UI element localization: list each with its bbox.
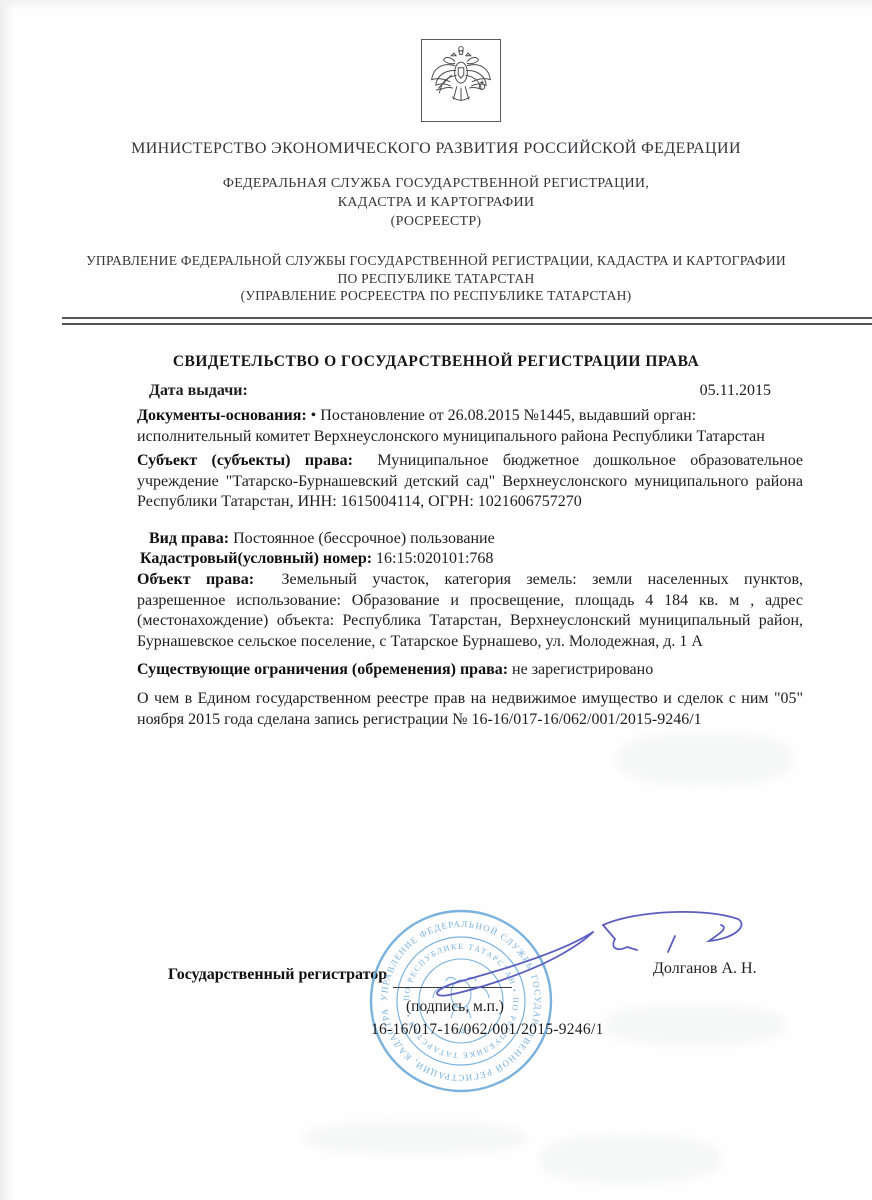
- basis-label: Документы-основания:: [137, 407, 307, 424]
- registrar-flourish-signature: [593, 903, 758, 961]
- scan-bleed-artifact: [605, 1005, 785, 1045]
- cadastral-number-row: Кадастровый(условный) номер: 16:15:02010…: [137, 549, 806, 570]
- issue-date-label: Дата выдачи:: [137, 381, 248, 402]
- service-line-1: ФЕДЕРАЛЬНАЯ СЛУЖБА ГОСУДАРСТВЕННОЙ РЕГИС…: [40, 174, 832, 193]
- issue-date-value: 05.11.2015: [700, 381, 771, 402]
- object-label: Объект права:: [137, 571, 254, 588]
- ministry-heading: МИНИСТЕРСТВО ЭКОНОМИЧЕСКОГО РАЗВИТИЯ РОС…: [40, 140, 832, 158]
- office-line-1: УПРАВЛЕНИЕ ФЕДЕРАЛЬНОЙ СЛУЖБЫ ГОСУДАРСТВ…: [40, 252, 832, 270]
- registration-number: 16-16/017-16/062/001/2015-9246/1: [371, 1021, 604, 1039]
- scan-bleed-artifact: [618, 733, 793, 785]
- scan-edge-shadow: [0, 0, 14, 1200]
- office-line-3: (УПРАВЛЕНИЕ РОСРЕЕСТРА ПО РЕСПУБЛИКЕ ТАТ…: [40, 287, 832, 305]
- right-type-row: Вид права: Постоянное (бессрочное) польз…: [137, 529, 803, 550]
- cadastral-label: Кадастровый(условный) номер:: [140, 550, 372, 567]
- scan-bleed-artifact: [305, 1122, 525, 1154]
- restrictions-label: Существующие ограничения (обременения) п…: [137, 661, 508, 678]
- double-headed-eagle-icon: [426, 44, 496, 118]
- certificate-page: МИНИСТЕРСТВО ЭКОНОМИЧЕСКОГО РАЗВИТИЯ РОС…: [0, 0, 872, 1200]
- signature-caption: (подпись, м.п.): [396, 998, 514, 1016]
- cadastral-value: 16:15:020101:768: [376, 550, 493, 567]
- subject-label: Субъект (субъекты) права:: [137, 452, 353, 469]
- right-type-label: Вид права:: [149, 530, 229, 547]
- regional-office-heading: УПРАВЛЕНИЕ ФЕДЕРАЛЬНОЙ СЛУЖБЫ ГОСУДАРСТВ…: [40, 252, 832, 305]
- registration-record-paragraph: О чем в Едином государственном реестре п…: [137, 689, 803, 730]
- restrictions-value: не зарегистрировано: [512, 661, 653, 678]
- basis-paragraph: Документы-основания: • Постановление от …: [137, 406, 803, 447]
- object-paragraph: Объект права: Земельный участок, категор…: [137, 570, 803, 652]
- registrar-label: Государственный регистратор: [168, 966, 387, 984]
- service-line-3: (РОСРЕЕСТР): [40, 212, 832, 231]
- registrar-signature-stroke: [410, 920, 620, 1005]
- restrictions-row: Существующие ограничения (обременения) п…: [137, 660, 803, 681]
- scan-edge-shadow-top: [0, 0, 872, 10]
- service-line-2: КАДАСТРА И КАРТОГРАФИИ: [40, 193, 832, 212]
- certificate-title: СВИДЕТЕЛЬСТВО О ГОСУДАРСТВЕННОЙ РЕГИСТРА…: [60, 353, 812, 371]
- double-rule-separator: [62, 317, 872, 329]
- federal-service-heading: ФЕДЕРАЛЬНАЯ СЛУЖБА ГОСУДАРСТВЕННОЙ РЕГИС…: [40, 174, 832, 231]
- subject-paragraph: Субъект (субъекты) права: Муниципальное …: [137, 451, 803, 513]
- issue-date-row: Дата выдачи: 05.11.2015: [137, 381, 803, 402]
- registrar-name: Долганов А. Н.: [653, 960, 757, 978]
- coat-of-arms-box: [421, 39, 501, 122]
- right-type-value: Постоянное (бессрочное) пользование: [233, 530, 495, 547]
- office-line-2: ПО РЕСПУБЛИКЕ ТАТАРСТАН: [40, 270, 832, 288]
- scan-bleed-artifact: [540, 1135, 720, 1183]
